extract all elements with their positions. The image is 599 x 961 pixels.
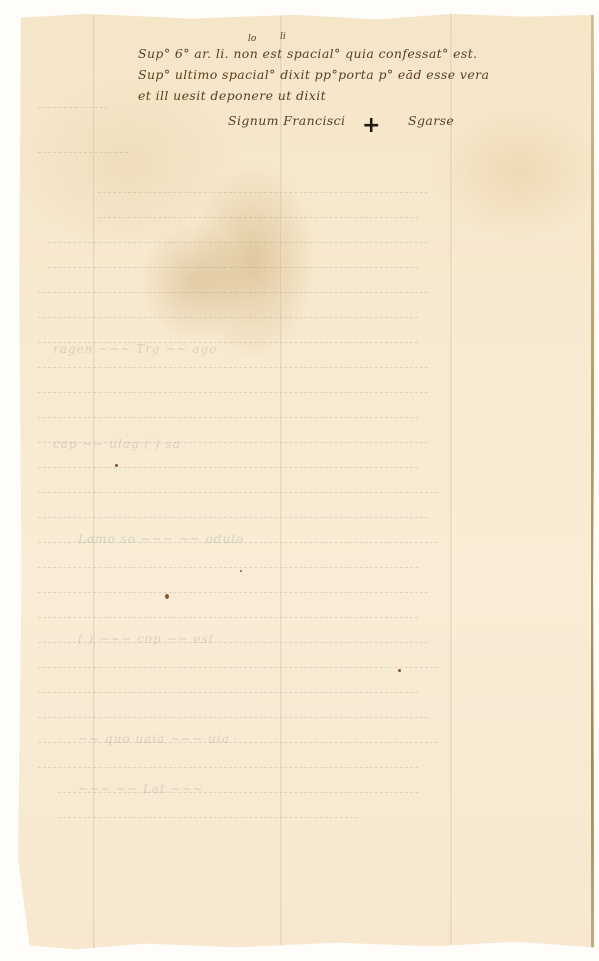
signature-left: Signum Francisci [228,113,345,128]
manuscript-line-3: et ill uesit deponere ut dixit [138,88,326,103]
manuscript-line-2: Sup° ultimo spacial° dixit pp°porta p° e… [138,67,489,82]
ink-speck [398,669,401,672]
paper-sheet: ragen ~~~ Trg ~~ ago cap ~~ ulag ( ) sa … [18,12,596,953]
manuscript-line-1: Sup° 6° ar. li. non est spacial° quia co… [138,46,478,61]
ink-speck [240,570,242,572]
cross-mark-icon: + [362,115,380,137]
ink-speck [115,464,118,467]
superscript: li [280,32,286,42]
ink-speck [165,594,169,599]
signature-right: Sgarse [408,113,454,128]
superscript: lo [248,34,256,44]
bleed-through-text: ragen ~~~ Trg ~~ ago cap ~~ ulag ( ) sa … [18,12,596,953]
scanned-page: ragen ~~~ Trg ~~ ago cap ~~ ulag ( ) sa … [0,0,599,961]
